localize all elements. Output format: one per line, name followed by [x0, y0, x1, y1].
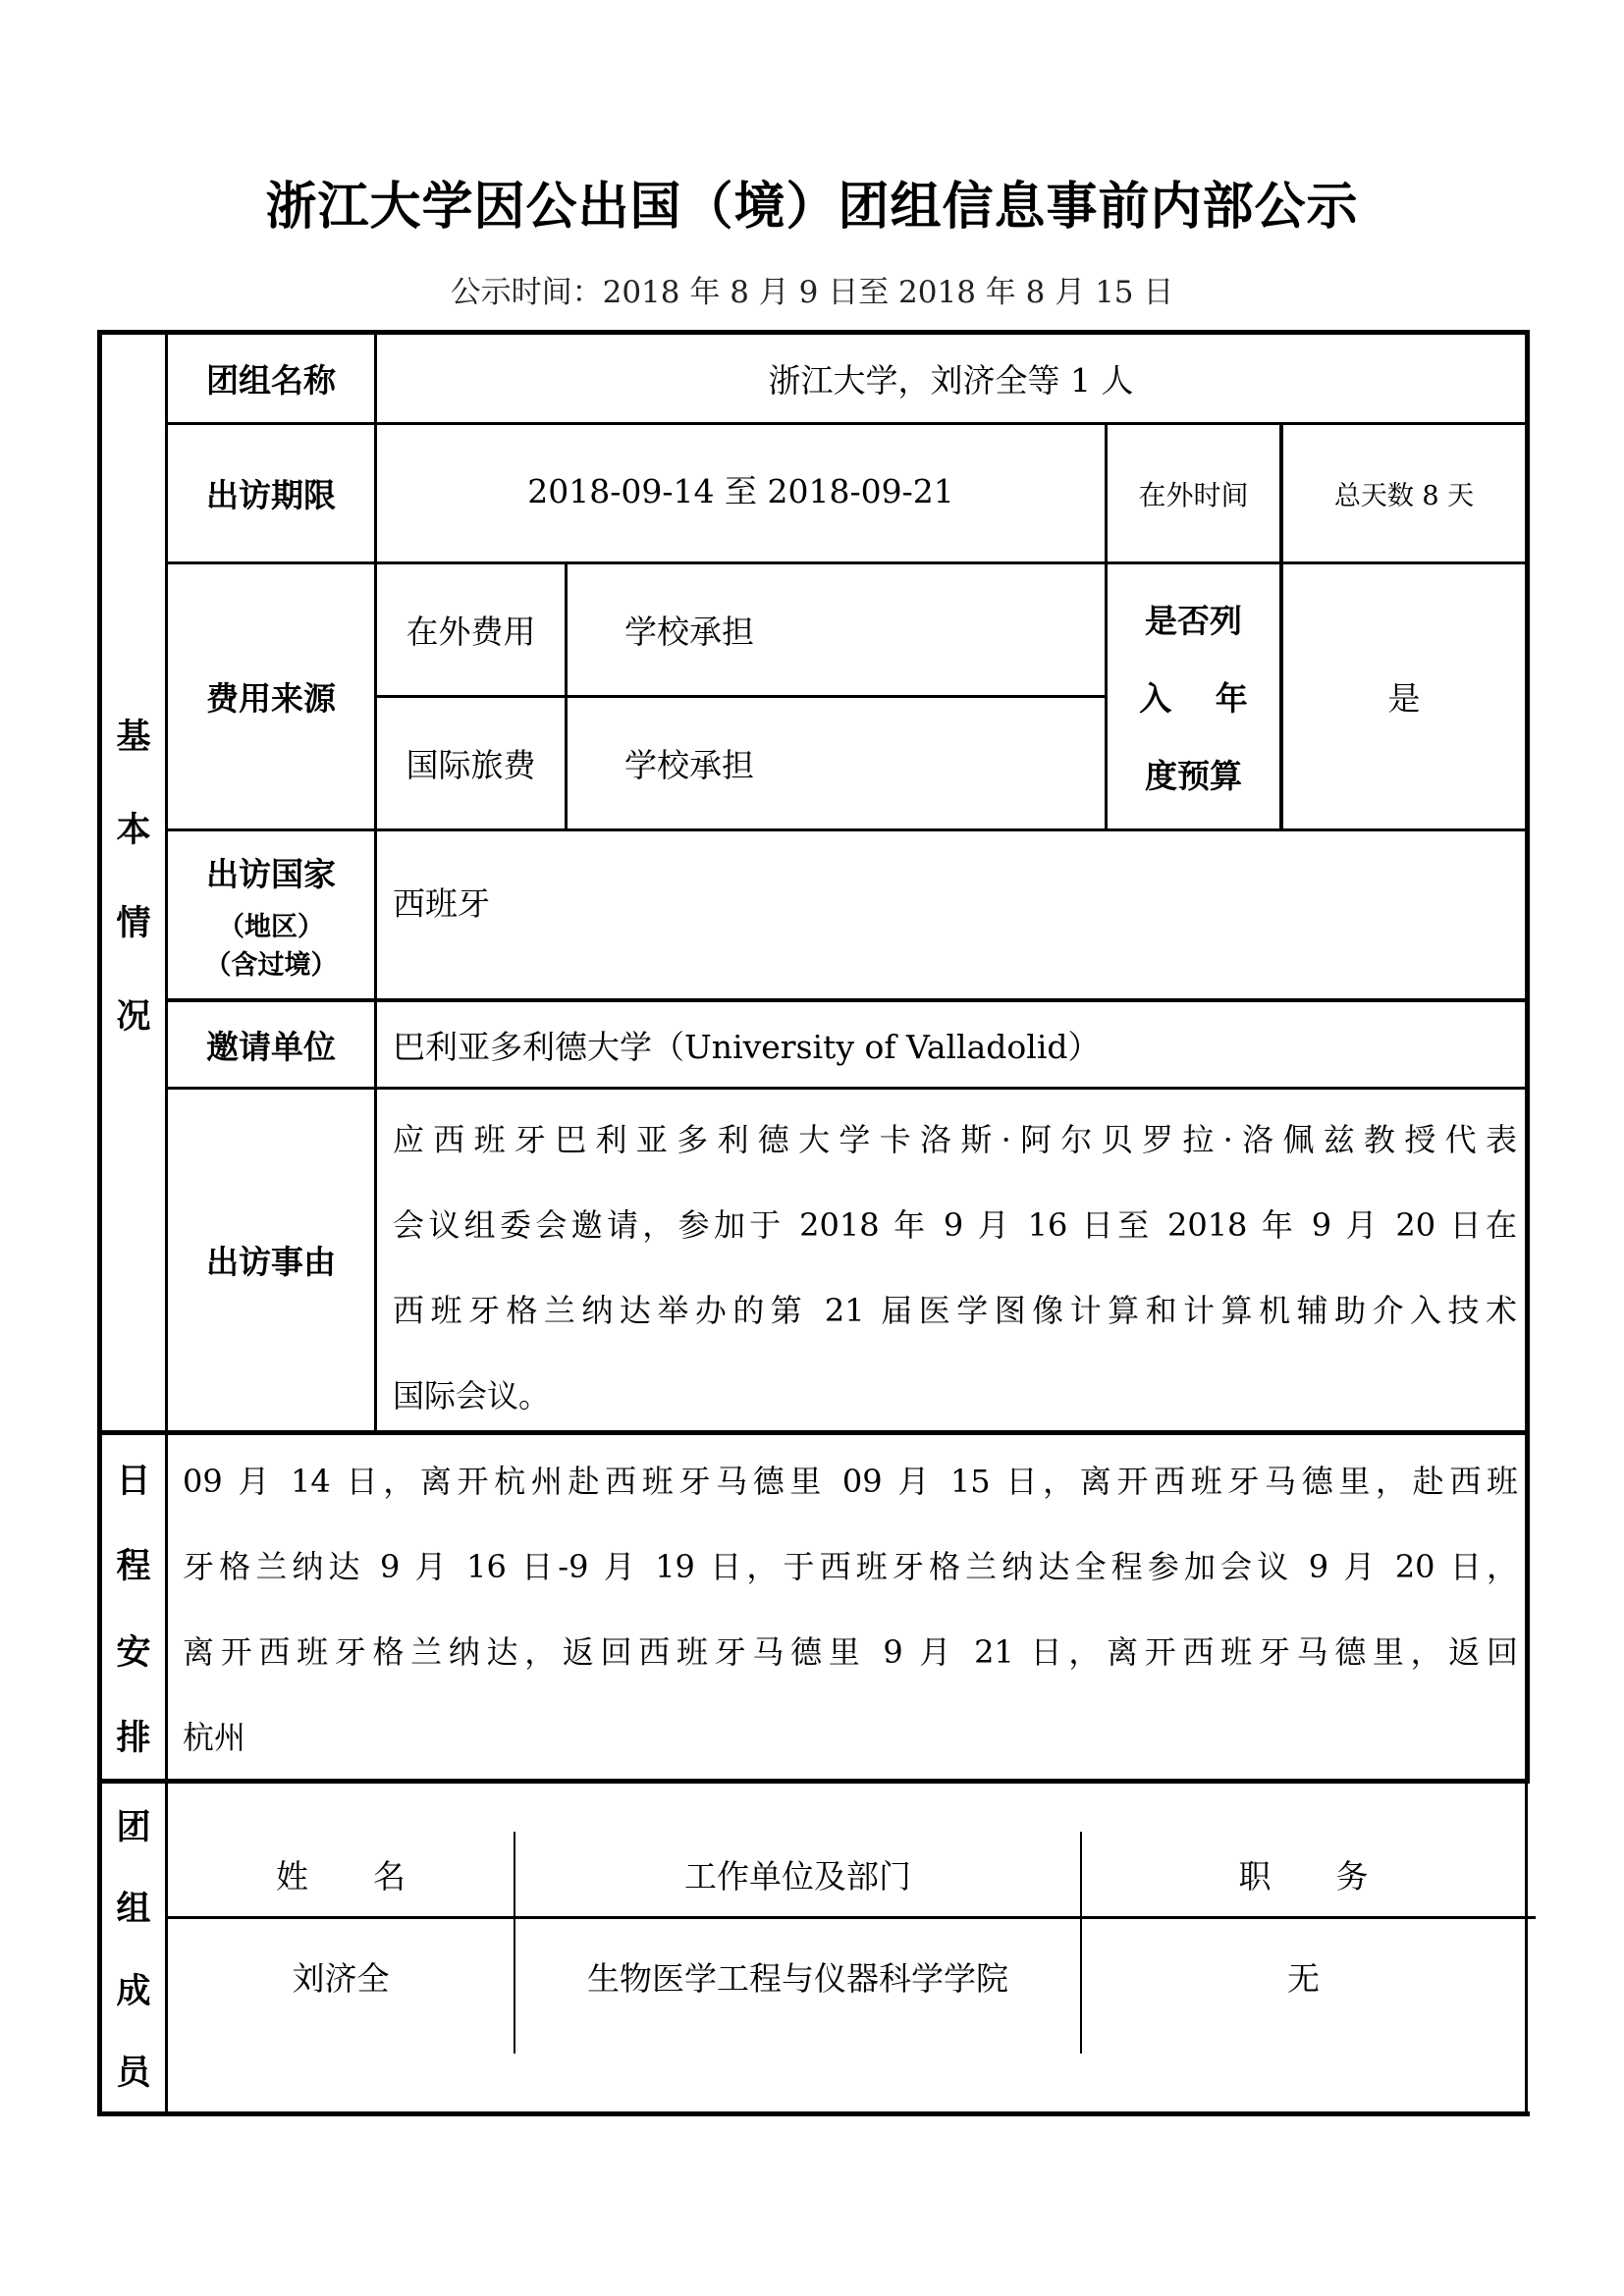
members-header-position: 职 务	[1082, 1832, 1525, 1916]
section-char: 组	[116, 1882, 150, 1931]
time-abroad-label: 在外时间	[1108, 425, 1279, 561]
country-label: 出访国家 （地区） （含过境）	[168, 831, 374, 998]
member-department: 生物医学工程与仪器科学学院	[515, 1919, 1080, 2054]
funding-item-label: 国际旅费	[377, 698, 565, 828]
budget-label-line: 是否列	[1145, 596, 1242, 642]
country-sublabel-transit: （含过境）	[205, 943, 338, 982]
section-label-members: 团 组 成 员	[102, 1784, 165, 2111]
purpose-line: 西班牙格兰纳达举办的第 21 届医学图像计算和计算机辅助介入技术	[393, 1268, 1517, 1354]
table-right-border	[1525, 330, 1530, 1783]
table-right-border-lower	[1525, 1781, 1528, 2114]
section-char: 员	[116, 2046, 150, 2095]
section-char: 情	[116, 896, 150, 945]
section-char: 基	[116, 710, 150, 759]
budget-label-line: 度预算	[1145, 751, 1242, 797]
section-char: 日	[116, 1454, 150, 1503]
schedule-line: 杭州	[183, 1695, 1518, 1781]
country-value: 西班牙	[377, 831, 1525, 998]
funding-item-value: 学校承担	[568, 698, 1105, 828]
notice-period: 公示时间：2018 年 8 月 9 日至 2018 年 8 月 15 日	[0, 267, 1624, 311]
section-char: 况	[116, 989, 150, 1039]
member-name: 刘济全	[168, 1919, 514, 2054]
funding-label: 费用来源	[168, 564, 374, 828]
schedule-line: 离开西班牙格兰纳达，返回西班牙马德里 9 月 21 日，离开西班牙马德里，返回	[183, 1610, 1518, 1695]
purpose-line: 应西班牙巴利亚多利德大学卡洛斯·阿尔贝罗拉·洛佩兹教授代表	[393, 1097, 1517, 1183]
table-bottom-border	[97, 2111, 1530, 2116]
section-char: 成	[116, 1964, 150, 2013]
budget-label-line: 入 年	[1139, 673, 1248, 720]
schedule-line: 09 月 14 日，离开杭州赴西班牙马德里 09 月 15 日，离开西班牙马德里…	[183, 1439, 1518, 1524]
purpose-text: 应西班牙巴利亚多利德大学卡洛斯·阿尔贝罗拉·洛佩兹教授代表 会议组委会邀请，参加…	[393, 1097, 1517, 1439]
country-label-main: 出访国家	[206, 849, 336, 895]
section-char: 安	[116, 1626, 150, 1675]
section-label-schedule: 日 程 安 排	[102, 1435, 165, 1779]
group-name-value: 浙江大学，刘济全等 1 人	[377, 335, 1525, 422]
page-title: 浙江大学因公出国（境）团组信息事前内部公示	[0, 165, 1624, 239]
section-char: 排	[116, 1711, 150, 1760]
purpose-line: 会议组委会邀请，参加于 2018 年 9 月 16 日至 2018 年 9 月 …	[393, 1183, 1517, 1268]
funding-item-value: 学校承担	[568, 564, 1105, 695]
visit-period-value: 2018-09-14 至 2018-09-21	[377, 425, 1105, 561]
members-header-name: 姓 名	[168, 1832, 514, 1916]
section-char: 本	[116, 803, 150, 852]
section-char: 程	[116, 1539, 150, 1588]
inviter-label: 邀请单位	[168, 1002, 374, 1087]
budget-label: 是否列 入 年 度预算	[1108, 564, 1279, 828]
section-char: 团	[116, 1800, 150, 1849]
schedule-text: 09 月 14 日，离开杭州赴西班牙马德里 09 月 15 日，离开西班牙马德里…	[183, 1439, 1518, 1781]
inviter-value: 巴利亚多利德大学（University of Valladolid）	[377, 1002, 1525, 1087]
time-abroad-value: 总天数 8 天	[1283, 425, 1525, 561]
group-name-label: 团组名称	[168, 335, 374, 422]
funding-item-label: 在外费用	[377, 564, 565, 695]
purpose-label: 出访事由	[168, 1090, 374, 1430]
schedule-line: 牙格兰纳达 9 月 16 日-9 月 19 日，于西班牙格兰纳达全程参加会议 9…	[183, 1524, 1518, 1610]
country-sublabel-region: （地区）	[218, 905, 324, 943]
visit-period-label: 出访期限	[168, 425, 374, 561]
section-label-basic-info: 基 本 情 况	[102, 687, 165, 1060]
members-header-department: 工作单位及部门	[515, 1832, 1080, 1916]
budget-value: 是	[1283, 564, 1525, 828]
purpose-line: 国际会议。	[393, 1354, 1517, 1439]
member-position: 无	[1082, 1919, 1525, 2054]
